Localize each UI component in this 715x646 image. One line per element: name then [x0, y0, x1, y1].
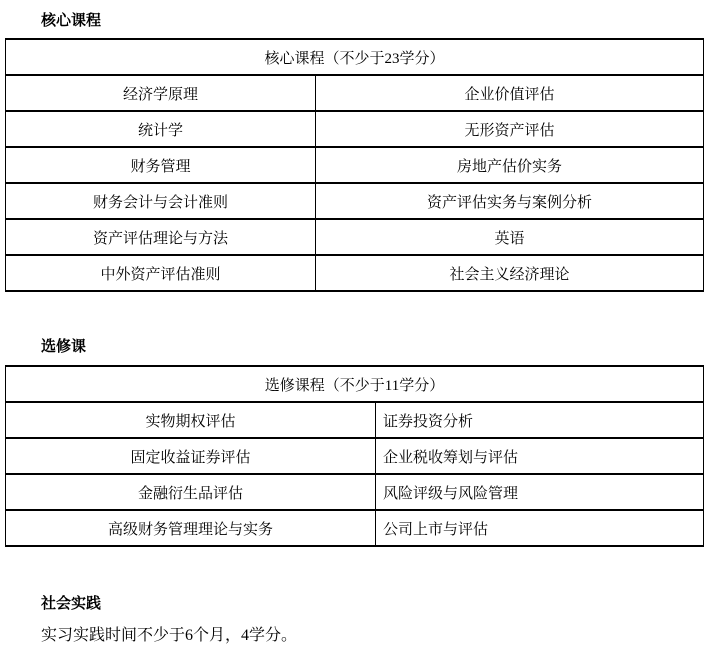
course-cell: 风险评级与风险管理: [376, 474, 704, 510]
elective-courses-table-header: 选修课程（不少于11学分）: [6, 366, 704, 402]
table-row: 资产评估理论与方法 英语: [6, 219, 704, 255]
table-row: 经济学原理 企业价值评估: [6, 75, 704, 111]
elective-courses-table: 选修课程（不少于11学分） 实物期权评估 证券投资分析 固定收益证券评估 企业税…: [5, 365, 704, 547]
document: 核心课程 核心课程（不少于23学分） 经济学原理 企业价值评估 统计学 无形资产…: [0, 12, 715, 646]
course-cell: 无形资产评估: [316, 111, 704, 147]
table-row: 实物期权评估 证券投资分析: [6, 402, 704, 438]
course-cell: 高级财务管理理论与实务: [6, 510, 376, 546]
course-cell: 固定收益证券评估: [6, 438, 376, 474]
course-cell: 房地产估价实务: [316, 147, 704, 183]
table-header-row: 核心课程（不少于23学分）: [6, 39, 704, 75]
course-cell: 实物期权评估: [6, 402, 376, 438]
course-cell: 经济学原理: [6, 75, 316, 111]
social-practice-text: 实习实践时间不少于6个月，4学分。: [41, 626, 715, 646]
course-cell: 企业价值评估: [316, 75, 704, 111]
course-cell: 财务会计与会计准则: [6, 183, 316, 219]
table-row: 固定收益证券评估 企业税收筹划与评估: [6, 438, 704, 474]
table-row: 财务管理 房地产估价实务: [6, 147, 704, 183]
course-cell: 证券投资分析: [376, 402, 704, 438]
table-row: 财务会计与会计准则 资产评估实务与案例分析: [6, 183, 704, 219]
table-row: 统计学 无形资产评估: [6, 111, 704, 147]
table-row: 金融衍生品评估 风险评级与风险管理: [6, 474, 704, 510]
section-heading-core-courses: 核心课程: [41, 12, 715, 30]
course-cell: 社会主义经济理论: [316, 255, 704, 291]
course-cell: 资产评估理论与方法: [6, 219, 316, 255]
table-header-row: 选修课程（不少于11学分）: [6, 366, 704, 402]
core-courses-table-header: 核心课程（不少于23学分）: [6, 39, 704, 75]
course-cell: 公司上市与评估: [376, 510, 704, 546]
course-cell: 中外资产评估准则: [6, 255, 316, 291]
table-row: 高级财务管理理论与实务 公司上市与评估: [6, 510, 704, 546]
table-row: 中外资产评估准则 社会主义经济理论: [6, 255, 704, 291]
course-cell: 统计学: [6, 111, 316, 147]
course-cell: 财务管理: [6, 147, 316, 183]
core-courses-table: 核心课程（不少于23学分） 经济学原理 企业价值评估 统计学 无形资产评估 财务…: [5, 38, 704, 292]
section-heading-elective-courses: 选修课: [41, 338, 715, 356]
course-cell: 企业税收筹划与评估: [376, 438, 704, 474]
course-cell: 英语: [316, 219, 704, 255]
section-heading-social-practice: 社会实践: [41, 595, 715, 613]
course-cell: 资产评估实务与案例分析: [316, 183, 704, 219]
course-cell: 金融衍生品评估: [6, 474, 376, 510]
